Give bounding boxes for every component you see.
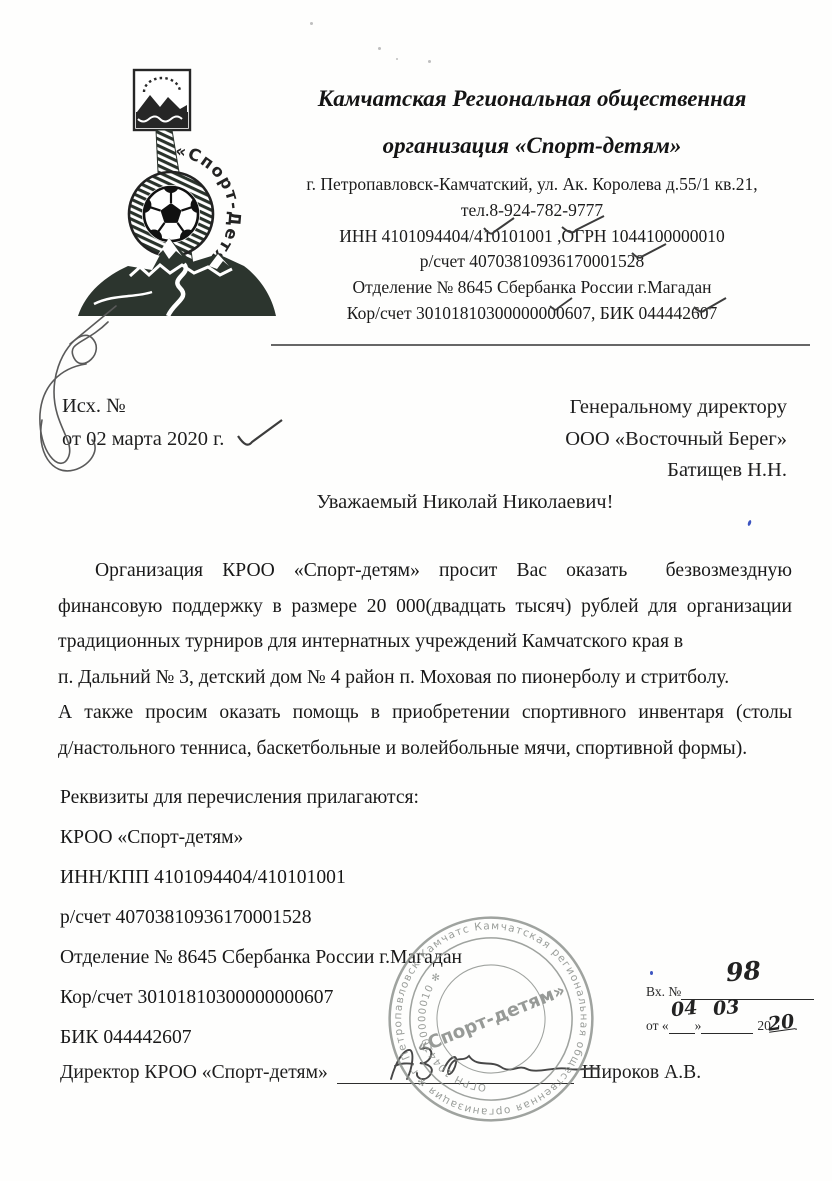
salutation: Уважаемый Николай Николаевич! (95, 491, 832, 514)
recipient-company: ООО «Восточный Берег» (565, 424, 787, 456)
letterhead: Камчатская Региональная общественная орг… (268, 84, 796, 327)
body-line: Организация КРОО «Спорт-детям» просит Ва… (58, 553, 792, 589)
scan-artifact (747, 520, 752, 527)
recipient-block: Генеральному директору ООО «Восточный Бе… (565, 392, 787, 487)
checkmark-annotation (548, 296, 574, 314)
scanned-letter-page: «Спорт-Детям» Камчатская Региональная об… (0, 0, 832, 1181)
body-line: д/настольного тенниса, баскетбольные и в… (58, 731, 792, 767)
address-line: г. Петропавловск-Камчатский, ул. Ак. Кор… (268, 172, 796, 198)
letterhead-divider (271, 344, 810, 346)
checkmark-annotation (630, 242, 668, 262)
recipient-name: Батищев Н.Н. (565, 455, 787, 487)
checkmark-annotation (560, 214, 606, 238)
inbox-month-value: 03 (712, 996, 740, 1020)
scan-artifact (428, 60, 431, 63)
org-title-line2: организация «Спорт-детям» (268, 131, 796, 161)
inbox-number-label: Вх. № (646, 984, 681, 1000)
account-line: р/счет 40703810936170001528 (268, 249, 796, 275)
inbox-year-handwritten: 20 (766, 1010, 795, 1035)
scan-artifact (650, 971, 653, 975)
inbox-number-value: 98 (725, 956, 762, 987)
inbox-quote-close: » (695, 1018, 702, 1034)
letter-body: Организация КРОО «Спорт-детям» просит Ва… (58, 553, 792, 767)
scan-artifact (396, 58, 398, 60)
inbox-note: Вх. № 98 от « 04 » 03 20 20 . (646, 984, 814, 1034)
inbox-date-prefix: от « (646, 1018, 669, 1034)
coat-of-arms-icon (134, 70, 190, 130)
requisites-line: КРОО «Спорт-детям» (60, 818, 462, 858)
body-line: финансовую поддержку в размере 20 000(дв… (58, 589, 792, 625)
requisites-line: Реквизиты для перечисления прилагаются: (60, 778, 462, 818)
recipient-position: Генеральному директору (565, 392, 787, 424)
director-label: Директор КРОО «Спорт-детям» (60, 1062, 328, 1084)
org-title-line1: Камчатская Региональная общественная (268, 84, 796, 114)
phone-line: тел.8-924-782-9777 (268, 198, 796, 224)
inbox-number-line: 98 (681, 984, 814, 1000)
inbox-month-line: 03 (701, 1018, 753, 1034)
inn-ogrn-line: ИНН 4101094404/410101001 ,ОГРН 104410000… (268, 224, 796, 250)
requisites-line: ИНН/КПП 4101094404/410101001 (60, 858, 462, 898)
body-line: традиционных турниров для интернатных уч… (58, 624, 792, 660)
scan-artifact (310, 22, 313, 25)
inbox-day-value: 04 (670, 997, 699, 1022)
margin-scribble (12, 300, 140, 495)
org-emblem-logo: «Спорт-Детям» (72, 64, 282, 322)
body-line: А также просим оказать помощь в приобрет… (58, 695, 792, 731)
checkmark-annotation (236, 418, 284, 452)
inbox-day-line: 04 (669, 1018, 695, 1034)
scan-artifact (378, 47, 381, 50)
checkmark-annotation (482, 216, 516, 240)
body-line: п. Дальний № 3, детский дом № 4 район п.… (58, 660, 792, 696)
checkmark-annotation (692, 296, 728, 316)
